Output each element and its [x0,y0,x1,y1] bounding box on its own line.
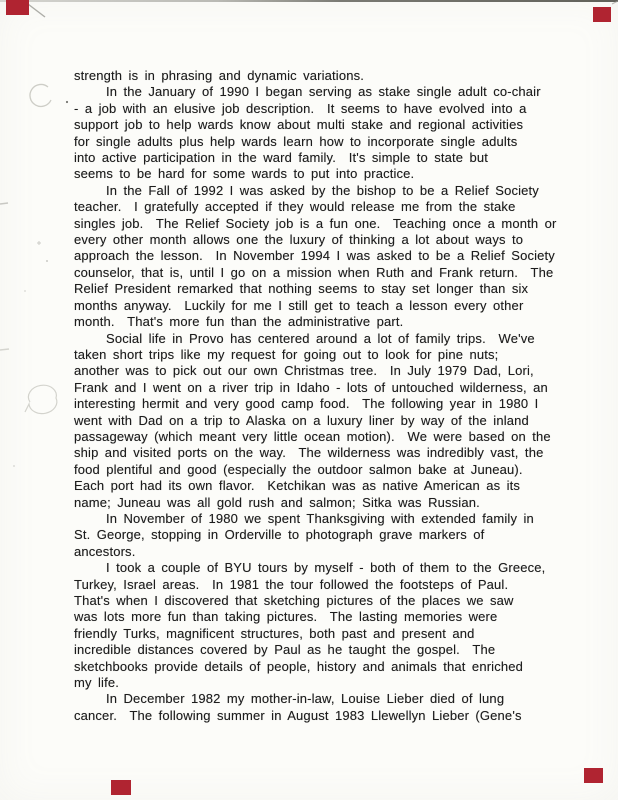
text-line: teacher. I gratefully accepted if they w… [74,199,560,215]
text-line: was lots more fun than taking pictures. … [74,609,560,625]
text-line: Relief President remarked that nothing s… [74,281,560,297]
text-line: months anyway. Luckily for me I still ge… [74,298,560,314]
paragraph: In the Fall of 1992 I was asked by the b… [74,183,560,331]
text-line: approach the lesson. In November 1994 I … [74,248,560,264]
ink-speck [66,101,68,103]
pencil-circle-mark [30,84,51,106]
text-line: another was to pick out our own Christma… [74,363,560,379]
text-line: sketchbooks provide details of people, h… [74,659,560,675]
text-line: In November of 1980 we spent Thanksgivin… [74,511,560,527]
text-line: every other month allows one the luxury … [74,232,560,248]
red-corner-mark-top-left [6,0,29,15]
text-line: In the Fall of 1992 I was asked by the b… [74,183,560,199]
text-line: cancer. The following summer in August 1… [74,708,560,724]
text-line: Frank and I went on a river trip in Idah… [74,380,560,396]
typewritten-text-column: strength is in phrasing and dynamic vari… [74,68,560,724]
text-line: ship and visited ports on the way. The w… [74,445,560,461]
text-line: my life. [74,675,560,691]
paragraph: In the January of 1990 I began serving a… [74,84,560,182]
pencil-speck [13,465,15,467]
text-line: counselor, that is, until I go on a miss… [74,265,560,281]
text-line: That's when I discovered that sketching … [74,593,560,609]
text-line: name; Juneau was all gold rush and salmo… [74,495,560,511]
text-line: friendly Turks, magnificent structures, … [74,626,560,642]
paragraph: In December 1982 my mother-in-law, Louis… [74,691,560,724]
text-line: - a job with an elusive job description.… [74,101,560,117]
text-line: Turkey, Israel areas. In 1981 the tour f… [74,577,560,593]
text-line: interesting hermit and very good camp fo… [74,396,560,412]
paragraph: Social life in Provo has centered around… [74,331,560,511]
text-line: went with Dad on a trip to Alaska on a l… [74,413,560,429]
text-line: food plentiful and good (especially the … [74,462,560,478]
paragraph: strength is in phrasing and dynamic vari… [74,68,560,84]
text-line: into active participation in the ward fa… [74,150,560,166]
red-corner-mark-top-right [593,7,611,22]
text-line: In December 1982 my mother-in-law, Louis… [74,691,560,707]
scanned-page: strength is in phrasing and dynamic vari… [0,0,618,800]
text-line: support job to help wards know about mul… [74,117,560,133]
text-line: I took a couple of BYU tours by myself -… [74,560,560,576]
text-line: In the January of 1990 I began serving a… [74,84,560,100]
pencil-speck [46,260,48,262]
text-line: ancestors. [74,544,560,560]
edge-dash-mark [0,203,8,204]
red-corner-mark-bottom-right [584,768,603,783]
edge-dash-mark [0,349,9,350]
text-line: taken short trips like my request for go… [74,347,560,363]
text-line: Each port had its own flavor. Ketchikan … [74,478,560,494]
text-line: St. George, stopping in Orderville to ph… [74,527,560,543]
text-line: month. That's more fun than the administ… [74,314,560,330]
text-line: strength is in phrasing and dynamic vari… [74,68,560,84]
pencil-plus-speck [37,241,41,245]
text-line: passageway (which meant very little ocea… [74,429,560,445]
pencil-speck [24,290,26,292]
paragraph: In November of 1980 we spent Thanksgivin… [74,511,560,560]
text-line: seems to be hard for some wards to put i… [74,166,560,182]
text-line: incredible distances covered by Paul as … [74,642,560,658]
paragraph: I took a couple of BYU tours by myself -… [74,560,560,691]
text-line: singles job. The Relief Society job is a… [74,216,560,232]
text-line: Social life in Provo has centered around… [74,331,560,347]
text-line: for single adults plus help wards learn … [74,134,560,150]
red-corner-mark-bottom-left [111,780,131,795]
pencil-oval-mark [25,385,57,413]
scanner-top-edge-line [0,0,618,2]
